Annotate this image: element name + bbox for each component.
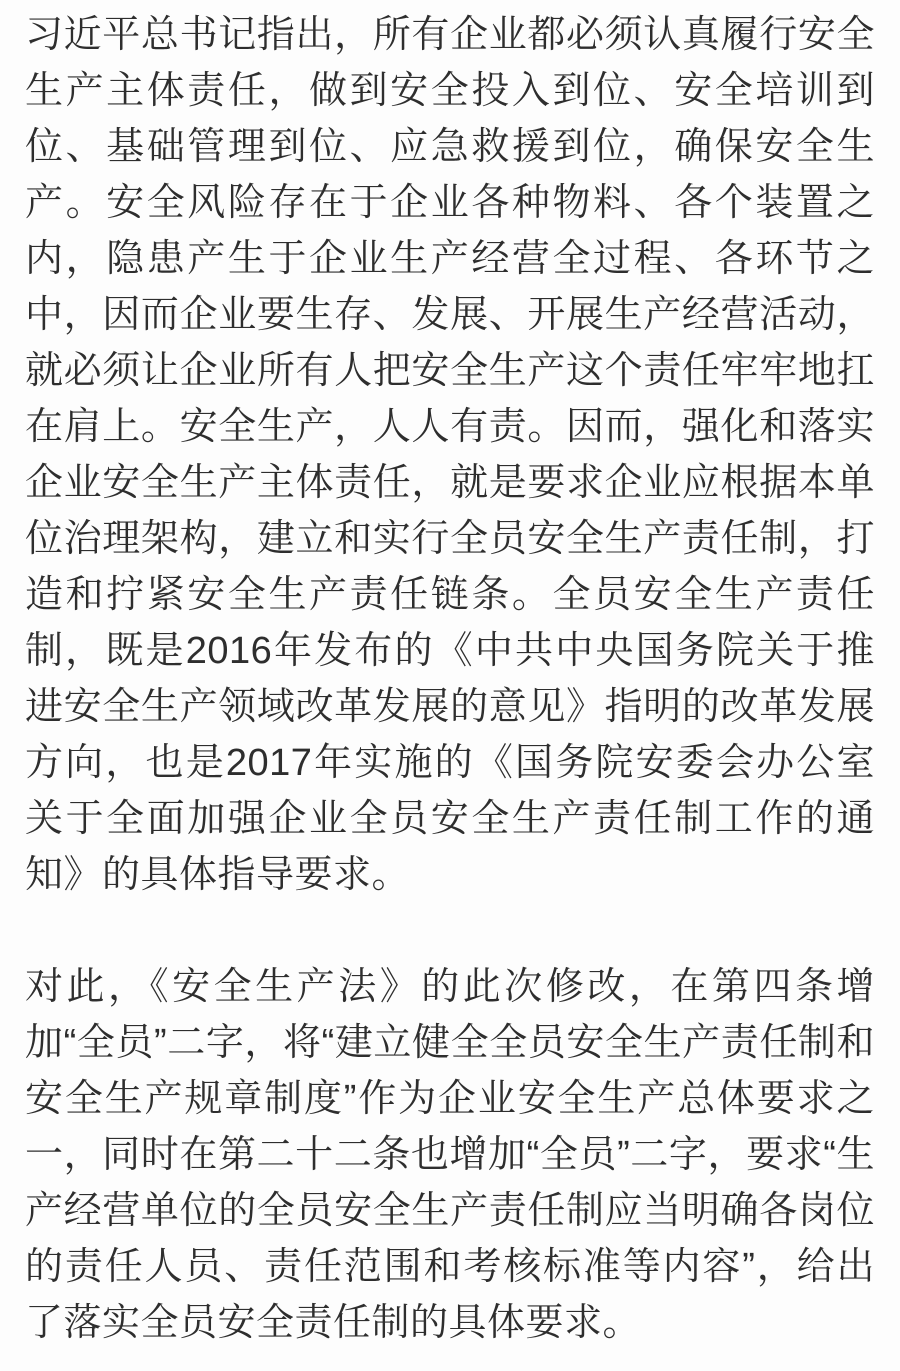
paragraph-2: 对此，《安全生产法》的此次修改，在第四条增加“全员”二字，将“建立健全全员安全生… [25, 959, 875, 1351]
article-page: 习近平总书记指出，所有企业都必须认真履行安全生产主体责任，做到安全投入到位、安全… [0, 0, 900, 1371]
article-body: 习近平总书记指出，所有企业都必须认真履行安全生产主体责任，做到安全投入到位、安全… [25, 7, 875, 1351]
paragraph-1: 习近平总书记指出，所有企业都必须认真履行安全生产主体责任，做到安全投入到位、安全… [25, 7, 875, 903]
